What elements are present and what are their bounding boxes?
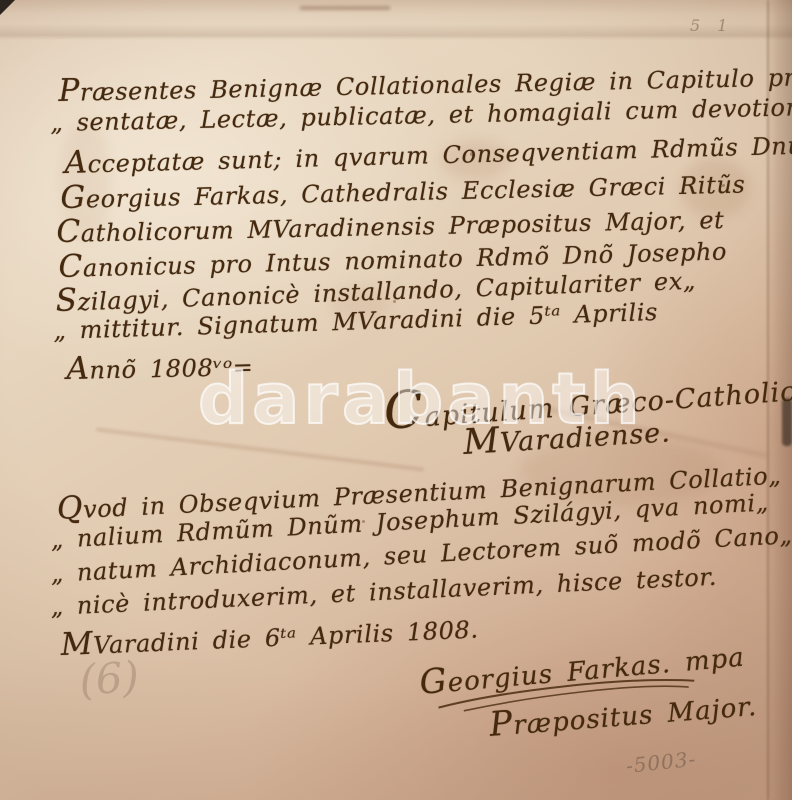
paper-stain	[330, 286, 390, 320]
signer-title: Præpositus Major.	[488, 685, 758, 743]
installation-line: „ nalium Rdmũm Dnũm Josephum Szilágyi, q…	[50, 489, 769, 553]
paper-stain	[440, 140, 510, 180]
installation-line: Qvod in Obseqvium Præsentium Benignarum …	[56, 457, 782, 527]
pencil-mark-inventory-number: -5003-	[625, 749, 697, 776]
right-edge-shading	[766, 0, 792, 800]
installation-line: „ natum Archidiaconum, seu Lectorem suõ …	[50, 522, 792, 587]
top-crease-smudge	[300, 6, 390, 10]
paper-stain	[520, 436, 720, 506]
watermark-overlay: darabanth	[198, 358, 644, 440]
attestation-line: Szilagyi, Canonicè installando, Capitula…	[55, 262, 696, 319]
ink-speck	[722, 184, 725, 187]
right-edge-nick	[782, 398, 792, 446]
attestation-line: Georgius Farkas, Cathedralis Ecclesiæ Gr…	[60, 165, 746, 215]
installation-line: MVaradini die 6ᵗᵃ Aprilis 1808.	[60, 610, 479, 662]
dark-corner-top-left	[0, 0, 15, 15]
ink-speck	[393, 300, 396, 303]
attestation-line: Acceptatæ sunt; in qvarum Conseqventiam …	[64, 126, 792, 180]
top-fold-shadow	[0, 0, 792, 40]
attestation-line: Præsentes Benignæ Collationales Regiæ in…	[58, 58, 792, 109]
signature-flourish	[432, 667, 703, 716]
right-fold-line	[767, 0, 769, 800]
ink-speck	[362, 520, 365, 523]
manuscript-photo: Præsentes Benignæ Collationales Regiæ in…	[0, 0, 792, 800]
attestation-line: Catholicorum MVaradinensis Præpositus Ma…	[56, 201, 725, 249]
signer-name: Georgius Farkas. mpa	[418, 636, 746, 701]
pencil-mark-top-right: 5 1	[690, 18, 733, 34]
installation-line: „ nicè introduxerim, et installaverim, h…	[50, 564, 718, 621]
attestation-line: Canonicus pro Intus nominato Rdmõ Dnõ Jo…	[58, 232, 727, 284]
pencil-mark-bottom-left: (6)	[78, 656, 140, 702]
paper-stain	[60, 120, 110, 240]
attestation-line: „ mittitur. Signatum MVaradini die 5ᵗᵃ A…	[53, 299, 658, 344]
paper-stain	[680, 158, 750, 218]
attestation-line: „ sentatæ, Lectæ, publicatæ, et homagial…	[50, 94, 792, 136]
ink-speck	[470, 152, 474, 156]
